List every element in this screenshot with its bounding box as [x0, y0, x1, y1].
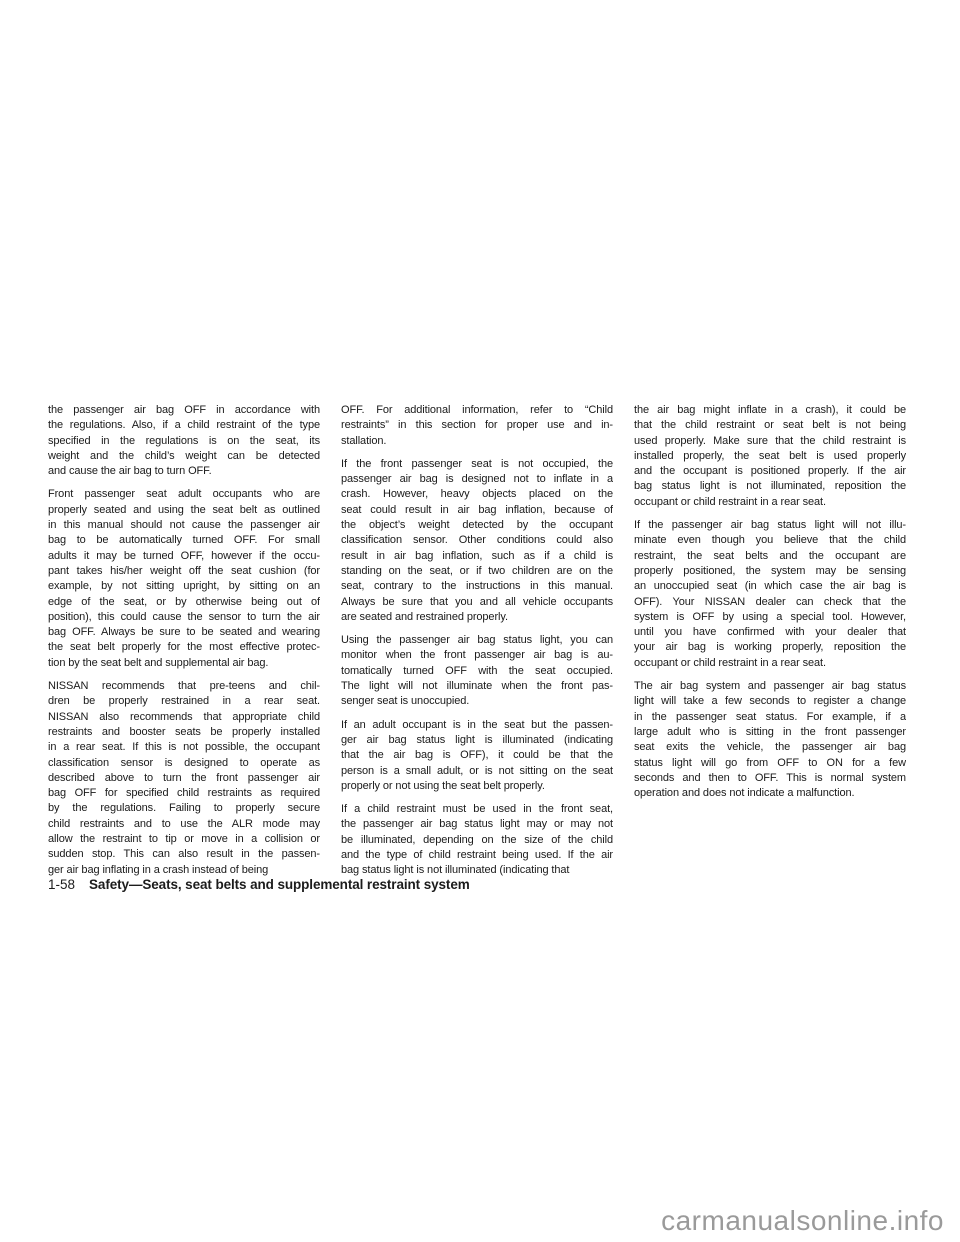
text-line: Always be sure that you and all vehicle …	[341, 595, 613, 610]
manual-page: the passenger air bag OFF in accordance …	[0, 0, 960, 1242]
text-line: tomatically turned OFF with the seat occ…	[341, 664, 613, 679]
text-line: OFF). Your NISSAN dealer can check that …	[634, 595, 906, 610]
paragraph: Using the passenger air bag status light…	[341, 633, 613, 709]
text-line: Front passenger seat adult occupants who…	[48, 487, 320, 502]
text-line: edge of the seat, or by otherwise being …	[48, 595, 320, 610]
paragraph: the air bag might inflate in a crash), i…	[634, 403, 906, 510]
text-line: allow the restraint to tip or move in a …	[48, 832, 320, 847]
text-line: installed properly, the seat belt is use…	[634, 449, 906, 464]
text-line: If an adult occupant is in the seat but …	[341, 718, 613, 733]
text-line: in the passenger seat status. For exampl…	[634, 710, 906, 725]
text-line: If a child restraint must be used in the…	[341, 802, 613, 817]
text-line: seat exits the vehicle, the passenger ai…	[634, 740, 906, 755]
text-line: seconds and then to OFF. This is normal …	[634, 771, 906, 786]
text-line: until you have confirmed with your deale…	[634, 625, 906, 640]
page-footer: 1-58 Safety—Seats, seat belts and supple…	[48, 877, 470, 892]
paragraph: NISSAN recommends that pre-teens and chi…	[48, 679, 320, 878]
text-line: standing on the seat, or if two children…	[341, 564, 613, 579]
paragraph: the passenger air bag OFF in accordance …	[48, 403, 320, 479]
watermark: carmanualsonline.info	[661, 1205, 944, 1237]
text-line: large adult who is sitting in the front …	[634, 725, 906, 740]
text-column-2: OFF. For additional information, refer t…	[341, 403, 613, 879]
text-line: and the occupant is positioned properly.…	[634, 464, 906, 479]
text-line: restraints and booster seats be properly…	[48, 725, 320, 740]
text-line: in a rear seat. If this is not possible,…	[48, 740, 320, 755]
text-line: status light will go from OFF to ON for …	[634, 756, 906, 771]
text-line: NISSAN recommends that pre-teens and chi…	[48, 679, 320, 694]
text-line: position), this could cause the sensor t…	[48, 610, 320, 625]
text-line: occupant or child restraint in a rear se…	[634, 656, 906, 671]
text-line: bag OFF. Always be sure to be seated and…	[48, 625, 320, 640]
text-line: ger air bag inflating in a crash instead…	[48, 863, 320, 878]
text-line: by the regulations. Failing to properly …	[48, 801, 320, 816]
text-line: sudden stop. This can also result in the…	[48, 847, 320, 862]
section-title: Safety—Seats, seat belts and supplementa…	[89, 877, 470, 892]
text-line: and cause the air bag to turn OFF.	[48, 464, 320, 479]
text-line: adults it may be turned OFF, however if …	[48, 549, 320, 564]
text-line: bag status light is not illuminated, rep…	[634, 479, 906, 494]
text-line: properly seated and using the seat belt …	[48, 503, 320, 518]
text-line: tion by the seat belt and supplemental a…	[48, 656, 320, 671]
text-line: the object’s weight detected by the occu…	[341, 518, 613, 533]
text-line: used properly. Make sure that the child …	[634, 434, 906, 449]
paragraph: Front passenger seat adult occupants who…	[48, 487, 320, 671]
text-line: minate even though you believe that the …	[634, 533, 906, 548]
text-line: restraints” in this section for proper u…	[341, 418, 613, 433]
text-line: classification sensor. Other conditions …	[341, 533, 613, 548]
text-line: system is OFF by using a special tool. H…	[634, 610, 906, 625]
text-line: If the passenger air bag status light wi…	[634, 518, 906, 533]
text-line: Using the passenger air bag status light…	[341, 633, 613, 648]
text-line: dren be properly restrained in a rear se…	[48, 694, 320, 709]
text-line: ger air bag status light is illuminated …	[341, 733, 613, 748]
text-line: the seat belt properly for the most effe…	[48, 640, 320, 655]
text-line: your air bag is working properly, reposi…	[634, 640, 906, 655]
text-line: stallation.	[341, 434, 613, 449]
paragraph: If the passenger air bag status light wi…	[634, 518, 906, 671]
text-line: the air bag might inflate in a crash), i…	[634, 403, 906, 418]
text-line: result in air bag inflation, such as if …	[341, 549, 613, 564]
text-line: seat, contrary to the instructions in th…	[341, 579, 613, 594]
paragraph: The air bag system and passenger air bag…	[634, 679, 906, 801]
text-line: light will take a few seconds to registe…	[634, 694, 906, 709]
text-line: properly or not using the seat belt prop…	[341, 779, 613, 794]
text-line: child restraints and to use the ALR mode…	[48, 817, 320, 832]
text-line: NISSAN also recommends that appropriate …	[48, 710, 320, 725]
text-line: and the type of child restraint being us…	[341, 848, 613, 863]
text-line: monitor when the front passenger air bag…	[341, 648, 613, 663]
text-line: described above to turn the front passen…	[48, 771, 320, 786]
text-line: operation and does not indicate a malfun…	[634, 786, 906, 801]
text-line: crash. However, heavy objects placed on …	[341, 487, 613, 502]
text-line: seat could result in air bag inflation, …	[341, 503, 613, 518]
text-line: are seated and restrained properly.	[341, 610, 613, 625]
text-line: bag OFF for specified child restraints a…	[48, 786, 320, 801]
text-line: the passenger air bag OFF in accordance …	[48, 403, 320, 418]
text-line: If the front passenger seat is not occup…	[341, 457, 613, 472]
paragraph: OFF. For additional information, refer t…	[341, 403, 613, 449]
text-line: the regulations. Also, if a child restra…	[48, 418, 320, 433]
text-line: bag to be automatically turned OFF. For …	[48, 533, 320, 548]
text-line: specified in the regulations is on the s…	[48, 434, 320, 449]
text-line: weight and the child’s weight can be det…	[48, 449, 320, 464]
text-line: properly positioned, the system may be s…	[634, 564, 906, 579]
text-line: the passenger air bag status light may o…	[341, 817, 613, 832]
text-line: in this manual should not cause the pass…	[48, 518, 320, 533]
text-line: person is a small adult, or is not sitti…	[341, 764, 613, 779]
text-line: The light will not illuminate when the f…	[341, 679, 613, 694]
text-line: example, by not sitting upright, by sitt…	[48, 579, 320, 594]
paragraph: If the front passenger seat is not occup…	[341, 457, 613, 625]
text-line: restraint, the seat belts and the occupa…	[634, 549, 906, 564]
text-line: OFF. For additional information, refer t…	[341, 403, 613, 418]
page-number: 1-58	[48, 877, 75, 892]
text-column-3: the air bag might inflate in a crash), i…	[634, 403, 906, 879]
text-line: senger seat is unoccupied.	[341, 694, 613, 709]
text-line: The air bag system and passenger air bag…	[634, 679, 906, 694]
text-line: an unoccupied seat (in which case the ai…	[634, 579, 906, 594]
text-line: be illuminated, depending on the size of…	[341, 833, 613, 848]
paragraph: If a child restraint must be used in the…	[341, 802, 613, 878]
text-line: pant takes his/her weight off the seat c…	[48, 564, 320, 579]
text-columns: the passenger air bag OFF in accordance …	[48, 403, 906, 879]
text-line: that the child restraint or seat belt is…	[634, 418, 906, 433]
text-line: occupant or child restraint in a rear se…	[634, 495, 906, 510]
paragraph: If an adult occupant is in the seat but …	[341, 718, 613, 794]
text-line: classification sensor is designed to ope…	[48, 756, 320, 771]
text-line: passenger air bag is designed not to inf…	[341, 472, 613, 487]
text-line: that the air bag is OFF), it could be th…	[341, 748, 613, 763]
text-column-1: the passenger air bag OFF in accordance …	[48, 403, 320, 879]
